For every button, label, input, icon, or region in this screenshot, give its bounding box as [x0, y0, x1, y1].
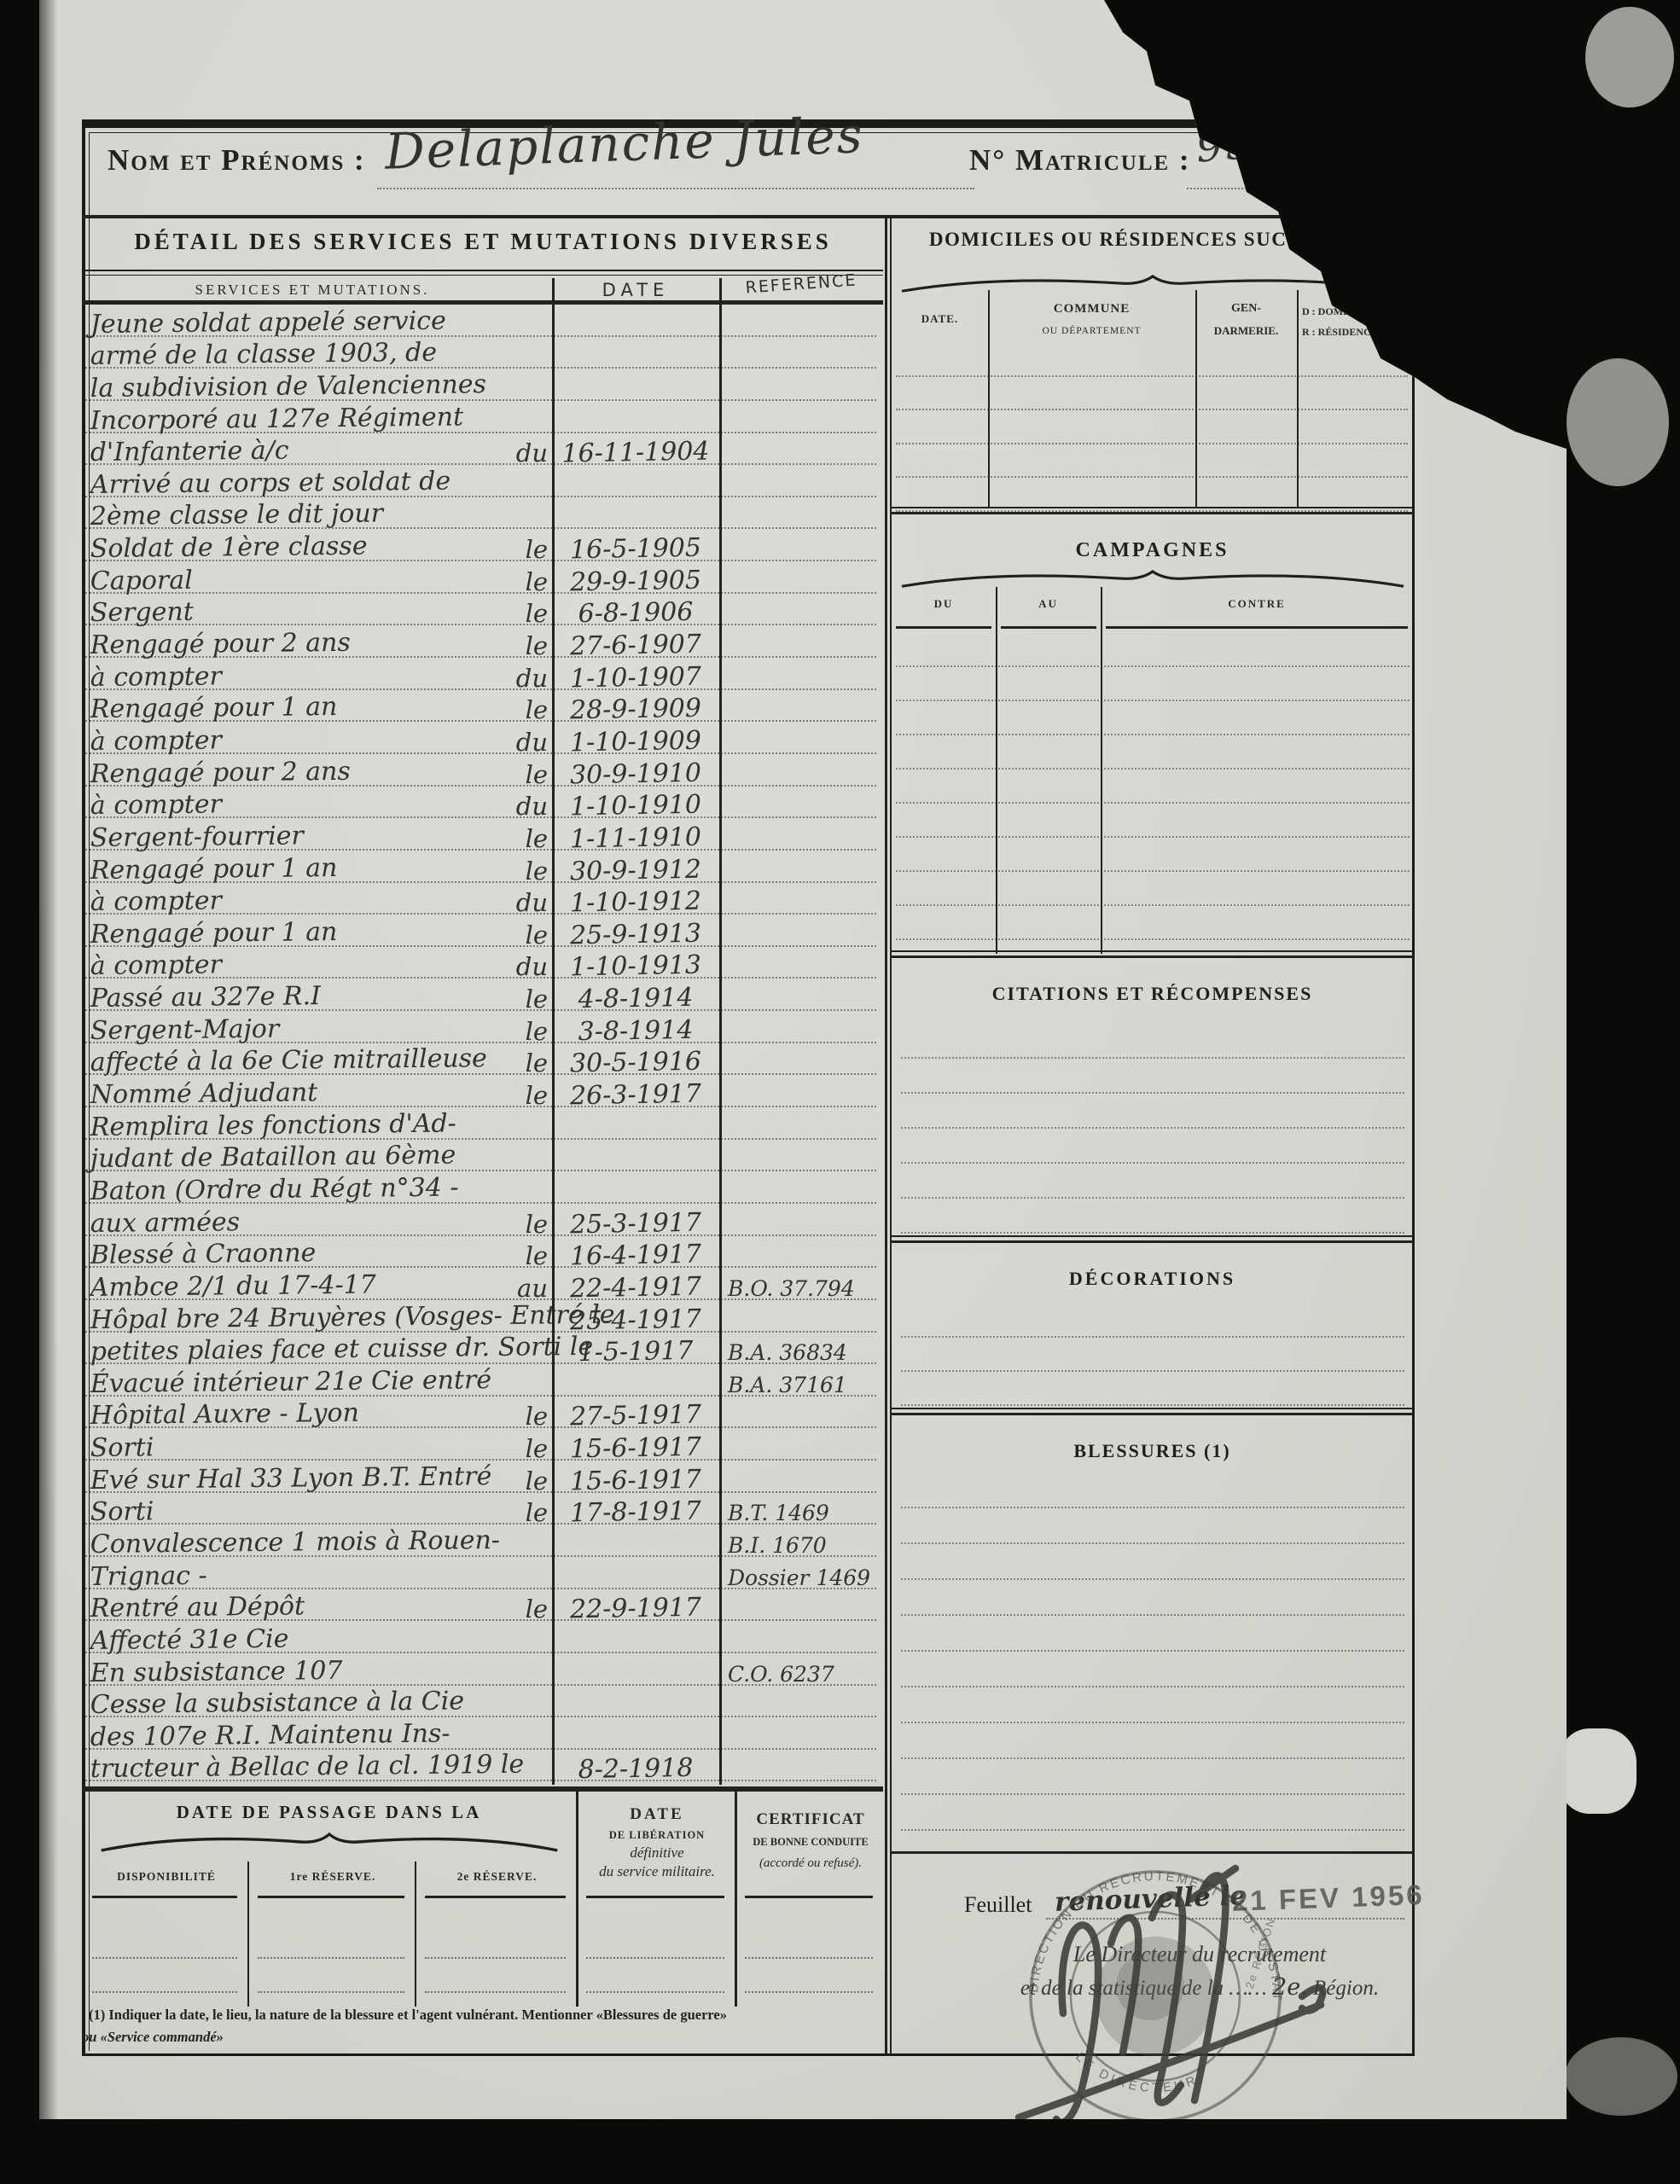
service-row: aux arméesle25-3-1917 — [82, 1206, 883, 1239]
passage-head-rule — [745, 1896, 873, 1898]
service-row-txt: judant de Bataillon au 6ème — [90, 1141, 456, 1174]
services-col-header: SERVICES ET MUTATIONS. — [90, 282, 534, 299]
service-row-ref: B.T. 1469 — [728, 1501, 829, 1525]
name-label: Nom et Prénoms : — [108, 143, 366, 177]
service-row-date: 1-10-1909 — [552, 725, 720, 758]
service-row: petites plaies face et cuisse dr. Sorti … — [82, 1335, 883, 1368]
service-row-txt: 2ème classe le dit jour — [90, 499, 384, 532]
empty-dotted-row — [901, 1059, 1404, 1094]
service-row: Évacué intérieur 21e Cie entréB.A. 37161 — [82, 1367, 883, 1399]
service-row-prep: le — [507, 1241, 548, 1270]
service-row: à compterdu1-10-1910 — [82, 789, 883, 822]
service-row-date: 25-9-1913 — [552, 918, 720, 950]
service-row-txt: d'Infanterie à/c — [90, 436, 289, 468]
campagnes-head-rule — [1106, 626, 1408, 629]
center-divider — [885, 218, 887, 2056]
scanned-military-record: { "header": { "name_label": "Nom et Prén… — [0, 0, 1680, 2184]
passage-empty-line — [258, 1957, 404, 1959]
empty-dotted-row — [901, 1544, 1404, 1580]
domiciles-empty-rows — [896, 343, 1408, 512]
service-row-prep: le — [507, 1594, 548, 1623]
name-underline — [377, 188, 974, 189]
service-row-prep: du — [507, 888, 548, 917]
empty-dotted-row — [901, 1372, 1404, 1406]
passage-empty-line — [586, 1991, 724, 1993]
service-row: Hôpal bre 24 Bruyères (Vosges- Entré le2… — [82, 1303, 883, 1335]
margin-paper-patch — [1565, 2037, 1677, 2116]
citations-empty-rows — [901, 1024, 1404, 1234]
passage-title: DATE DE PASSAGE DANS LA — [82, 1802, 576, 1823]
empty-dotted-row — [896, 633, 1410, 667]
services-rule-top2 — [82, 275, 883, 276]
liberation-head-1: DATE — [579, 1805, 735, 1824]
service-row-prep: le — [507, 567, 548, 596]
service-row-ref: B.I. 1670 — [728, 1533, 827, 1558]
service-row-ref: B.O. 37.794 — [728, 1276, 855, 1301]
service-row-date: 30-9-1912 — [552, 854, 720, 886]
services-bottom-rule — [82, 1786, 883, 1792]
service-row-prep: le — [507, 1467, 548, 1496]
margin-paper-notch — [1558, 1728, 1636, 1814]
col-disponibilite: DISPONIBILITÉ — [85, 1870, 247, 1884]
empty-dotted-row — [901, 1338, 1404, 1372]
service-row-txt: Baton (Ordre du Régt n°34 - — [90, 1172, 459, 1206]
service-row-date: 25-3-1917 — [552, 1207, 720, 1240]
passage-empty-line — [586, 1957, 724, 1959]
service-row: tructeur à Bellac de la cl. 1919 le8-2-1… — [82, 1752, 883, 1785]
service-row-txt: Rengagé pour 1 an — [90, 917, 338, 950]
service-row: Cesse la subsistance à la Cie — [82, 1688, 883, 1721]
domiciles-col-gendarmerie-1: GEN- — [1195, 302, 1297, 316]
service-row-txt: Hôpital Auxre - Lyon — [90, 1398, 359, 1431]
service-row-txt: Remplira les fonctions d'Ad- — [90, 1108, 456, 1141]
campagnes-brace — [899, 570, 1406, 589]
passage-brace — [99, 1833, 560, 1853]
service-row: à compterdu1-10-1909 — [82, 724, 883, 757]
service-row-date: 30-5-1916 — [552, 1047, 720, 1079]
passage-empty-line — [745, 1991, 873, 1993]
service-row-txt: Nommé Adjudant — [90, 1077, 318, 1110]
service-row-txt: à compter — [90, 725, 222, 757]
service-row: Blessé à Craonnele16-4-1917 — [82, 1239, 883, 1271]
service-row: Sergent-fourrierle1-11-1910 — [82, 821, 883, 853]
service-row-prep: le — [507, 1402, 548, 1431]
service-row-txt: Sergent — [90, 597, 194, 628]
service-row: à compterdu1-10-1907 — [82, 660, 883, 693]
service-row-date: 28-9-1909 — [552, 694, 720, 726]
service-row-date: 22-9-1917 — [552, 1593, 720, 1625]
empty-dotted-row — [896, 906, 1410, 940]
service-row-prep: le — [507, 599, 548, 628]
passage-empty-line — [92, 1991, 237, 1993]
service-row: à compterdu1-10-1912 — [82, 886, 883, 918]
empty-dotted-row — [896, 804, 1410, 838]
service-row-ref: Dossier 1469 — [728, 1565, 870, 1590]
service-row: armé de la classe 1903, de — [82, 340, 883, 372]
campagnes-col-du: DU — [892, 597, 996, 611]
service-row: à compterdu1-10-1913 — [82, 950, 883, 982]
service-row-txt: Sorti — [90, 1497, 154, 1528]
service-row-txt: Trignac - — [90, 1560, 207, 1591]
service-row: Rengagé pour 2 ansle27-6-1907 — [82, 628, 883, 660]
footnote-line1: (1) Indiquer la date, le lieu, la nature… — [89, 2007, 891, 2024]
service-row: Rengagé pour 2 ansle30-9-1910 — [82, 757, 883, 789]
citations-title: CITATIONS ET RÉCOMPENSES — [892, 983, 1413, 1005]
service-row-date: 27-5-1917 — [552, 1400, 720, 1432]
service-row-prep: le — [507, 631, 548, 660]
domiciles-col-dr-2: R : RÉSIDENCE — [1302, 326, 1413, 339]
domiciles-col-commune: COMMUNE — [988, 302, 1195, 317]
service-row-prep: le — [507, 857, 548, 886]
passage-divider — [247, 1862, 249, 2007]
service-row-txt: Convalescence 1 mois à Rouen- — [90, 1525, 500, 1560]
campagnes-head-rule — [896, 626, 991, 629]
service-row: Rengagé pour 1 anle30-9-1912 — [82, 853, 883, 886]
blessures-title: BLESSURES (1) — [892, 1440, 1413, 1462]
service-row-prep: le — [507, 985, 548, 1014]
decorations-bottom-rule2 — [892, 1413, 1413, 1415]
services-title: DÉTAIL DES SERVICES ET MUTATIONS DIVERSE… — [82, 229, 884, 255]
service-row-txt: Affecté 31e Cie — [90, 1623, 289, 1655]
service-row-txt: Arrivé au corps et soldat de — [90, 466, 451, 499]
service-row-txt: Blessé à Craonne — [90, 1238, 317, 1270]
center-divider-inner — [890, 218, 892, 2056]
passage-head-rule — [92, 1896, 237, 1898]
services-date-divider — [552, 278, 555, 1785]
service-row: Passé au 327e R.Ile4-8-1914 — [82, 981, 883, 1014]
service-row: Sortile17-8-1917B.T. 1469 — [82, 1496, 883, 1528]
service-row: Hôpital Auxre - Lyonle27-5-1917 — [82, 1399, 883, 1432]
service-row-prep: le — [507, 1498, 548, 1527]
service-row: Trignac -Dossier 1469 — [82, 1560, 883, 1592]
empty-dotted-row — [901, 1687, 1404, 1723]
service-row-txt: tructeur à Bellac de la cl. 1919 le — [90, 1750, 525, 1784]
domiciles-title: DOMICILES OU RÉSIDENCES SUCCESSIFS — [892, 229, 1413, 251]
service-row-prep: le — [507, 1434, 548, 1463]
service-row-txt: Jeune soldat appelé service — [90, 305, 446, 339]
service-row-txt: la subdivision de Valenciennes — [90, 369, 486, 404]
service-row-txt: En subsistance 107 — [90, 1655, 343, 1687]
service-row-prep: le — [507, 921, 548, 950]
service-row: Caporalle29-9-1905 — [82, 564, 883, 596]
service-row-txt: Rengagé pour 1 an — [90, 692, 338, 724]
service-row: Sergentle6-8-1906 — [82, 596, 883, 629]
empty-dotted-row — [896, 735, 1410, 770]
service-row-txt: Sergent-fourrier — [90, 821, 304, 853]
service-row-txt: Cesse la subsistance à la Cie — [90, 1687, 465, 1721]
service-row-txt: Rengagé pour 1 an — [90, 853, 338, 886]
liberation-head-3: définitive — [579, 1844, 735, 1862]
service-row: affecté à la 6e Cie mitrailleusele30-5-1… — [82, 1046, 883, 1078]
matricule-value: 933 — [1195, 118, 1286, 171]
service-row-txt: Soldat de 1ère classe — [90, 531, 368, 564]
passage-head-rule — [258, 1896, 404, 1898]
empty-dotted-row — [896, 410, 1408, 444]
domiciles-bottom-rule — [892, 507, 1413, 508]
service-row-date: 1-10-1913 — [552, 950, 720, 983]
service-row: En subsistance 107C.O. 6237 — [82, 1656, 883, 1688]
liberation-head-4: du service militaire. — [579, 1863, 735, 1880]
empty-dotted-row — [896, 343, 1408, 377]
campagnes-bottom-rule — [892, 950, 1413, 952]
service-row-ref: C.O. 6237 — [728, 1662, 834, 1687]
service-row-prep: du — [507, 728, 548, 757]
service-row-prep: au — [507, 1274, 548, 1303]
passage-divider — [735, 1792, 737, 2007]
service-row-prep: le — [507, 1017, 548, 1046]
service-row-date: 4-8-1914 — [552, 982, 720, 1014]
services-rows: Jeune soldat appelé servicearmé de la cl… — [82, 307, 883, 1786]
campagnes-col-contre: CONTRE — [1101, 597, 1413, 611]
service-row-prep: du — [507, 792, 548, 821]
service-row-date: 30-9-1910 — [552, 758, 720, 790]
service-row: Ambce 2/1 du 17-4-17au22-4-1917B.O. 37.7… — [82, 1270, 883, 1303]
service-row-txt: Incorporé au 127e Régiment — [90, 402, 464, 436]
empty-dotted-row — [896, 444, 1408, 479]
passage-divider — [415, 1862, 416, 2007]
empty-dotted-row — [896, 838, 1410, 872]
service-row-txt: à compter — [90, 790, 222, 822]
service-row-date: 8-2-1918 — [552, 1753, 720, 1786]
empty-dotted-row — [901, 1508, 1404, 1544]
service-row: Evé sur Hal 33 Lyon B.T. Entréle15-6-191… — [82, 1463, 883, 1496]
service-row-txt: Rengagé pour 2 ans — [90, 756, 351, 788]
service-row-txt: Evé sur Hal 33 Lyon B.T. Entré — [90, 1461, 492, 1496]
domiciles-col-commune-sub: OU DÉPARTEMENT — [988, 326, 1195, 336]
empty-dotted-row — [901, 1616, 1404, 1652]
date-reference-divider — [719, 278, 722, 1785]
service-row: judant de Bataillon au 6ème — [82, 1142, 883, 1175]
campagnes-bottom-rule2 — [892, 955, 1413, 958]
margin-paper-patch — [1585, 7, 1674, 107]
service-row-txt: Évacué intérieur 21e Cie entré — [90, 1365, 492, 1399]
passage-empty-line — [92, 1957, 237, 1959]
service-row-prep: du — [507, 952, 548, 981]
service-row: Affecté 31e Cie — [82, 1623, 883, 1656]
certificat-head-1: CERTIFICAT — [738, 1810, 883, 1829]
service-row: Nommé Adjudantle26-3-1917 — [82, 1077, 883, 1110]
empty-dotted-row — [896, 667, 1410, 701]
service-row: Rengagé pour 1 anle28-9-1909 — [82, 693, 883, 725]
empty-dotted-row — [901, 1759, 1404, 1795]
service-row: Baton (Ordre du Régt n°34 - — [82, 1174, 883, 1206]
header-rule — [82, 215, 1415, 218]
service-row-prep: le — [507, 824, 548, 853]
empty-dotted-row — [901, 1795, 1404, 1831]
paper-sheet: Nom et Prénoms : Delaplanche Jules N° Ma… — [39, 0, 1567, 2119]
service-row-txt: Caporal — [90, 566, 193, 596]
empty-dotted-row — [896, 701, 1410, 735]
service-row-date: 1-5-1917 — [552, 1335, 720, 1368]
service-row-ref: B.A. 36834 — [728, 1340, 847, 1365]
decorations-bottom-rule — [892, 1408, 1413, 1409]
service-row-txt: petites plaies face et cuisse dr. Sorti … — [90, 1332, 594, 1367]
book-gutter-shadow — [39, 0, 58, 2119]
service-row: Arrivé au corps et soldat de — [82, 468, 883, 500]
service-row-date: 1-11-1910 — [552, 822, 720, 854]
service-row-prep: le — [507, 695, 548, 724]
service-row-txt: à compter — [90, 950, 222, 982]
col-reserve2: 2e RÉSERVE. — [418, 1870, 576, 1884]
empty-dotted-row — [901, 1199, 1404, 1234]
empty-dotted-row — [896, 377, 1408, 411]
service-row-txt: Passé au 327e R.I — [90, 981, 321, 1014]
services-head-rule — [82, 300, 883, 305]
footnote-line2: ou «Service commandé» — [82, 2029, 423, 2046]
empty-dotted-row — [896, 770, 1410, 804]
service-row-prep: du — [507, 664, 548, 693]
passage-empty-line — [745, 1957, 873, 1959]
service-row-ref: B.A. 37161 — [728, 1373, 847, 1397]
matricule-label: N° Matricule : — [969, 143, 1191, 177]
service-row-date: 1-10-1910 — [552, 790, 720, 822]
service-row-txt: Ambce 2/1 du 17-4-17 — [90, 1269, 376, 1303]
empty-dotted-row — [901, 1094, 1404, 1129]
service-row-date: 17-8-1917 — [552, 1496, 720, 1529]
campagnes-empty-rows — [896, 633, 1410, 940]
service-row-txt: Rengagé pour 2 ans — [90, 628, 351, 660]
empty-dotted-row — [896, 872, 1410, 906]
service-row-date: 3-8-1914 — [552, 1014, 720, 1047]
campagnes-col-au: AU — [996, 597, 1101, 611]
service-row-date: 6-8-1906 — [552, 597, 720, 630]
service-row: Sortile15-6-1917 — [82, 1431, 883, 1463]
director-stamp: DIRECTION DU RECRUTEMENT ET DE LA STATIS… — [935, 1834, 1447, 2119]
empty-dotted-row — [901, 1652, 1404, 1687]
service-row-date: 15-6-1917 — [552, 1464, 720, 1496]
passage-divider — [576, 1792, 578, 2007]
service-row-txt: à compter — [90, 886, 222, 918]
service-row-prep: le — [507, 1081, 548, 1110]
service-row-date: 27-6-1907 — [552, 629, 720, 661]
passage-head-rule — [425, 1896, 566, 1898]
service-row-txt: armé de la classe 1903, de — [90, 338, 438, 371]
campagnes-title: CAMPAGNES — [892, 539, 1413, 562]
domiciles-col-dr-1: D : DOMICILE — [1302, 305, 1413, 318]
domiciles-bottom-rule2 — [892, 512, 1413, 514]
service-row-txt: affecté à la 6e Cie mitrailleuse — [90, 1044, 487, 1078]
service-row-date: 16-5-1905 — [552, 532, 720, 565]
matricule-underline — [1187, 188, 1383, 189]
margin-paper-patch — [1567, 358, 1669, 486]
service-row: la subdivision de Valenciennes — [82, 371, 883, 404]
passage-head-rule — [586, 1896, 724, 1898]
col-reserve1: 1re RÉSERVE. — [251, 1870, 415, 1884]
passage-empty-line — [425, 1991, 566, 1993]
service-row: Jeune soldat appelé service — [82, 307, 883, 340]
domiciles-col-date: DATE. — [892, 312, 988, 326]
service-row: d'Infanterie à/cdu16-11-1904 — [82, 436, 883, 468]
empty-dotted-row — [901, 1472, 1404, 1508]
service-row: Convalescence 1 mois à Rouen-B.I. 1670 — [82, 1527, 883, 1560]
campagnes-head-rule — [1001, 626, 1096, 629]
citations-bottom-rule2 — [892, 1240, 1413, 1243]
service-row-date: 16-4-1917 — [552, 1240, 720, 1272]
passage-empty-line — [258, 1991, 404, 1993]
domiciles-brace — [899, 275, 1406, 293]
service-row: Rengagé pour 1 anle25-9-1913 — [82, 917, 883, 950]
service-row-txt: des 107e R.I. Maintenu Ins- — [90, 1718, 451, 1751]
service-row-prep: le — [507, 1048, 548, 1077]
citations-bottom-rule — [892, 1235, 1413, 1237]
service-row: Remplira les fonctions d'Ad- — [82, 1110, 883, 1142]
service-row-date: 16-11-1904 — [552, 436, 720, 468]
service-row-txt: Sorti — [90, 1432, 154, 1463]
blessures-empty-rows — [901, 1472, 1404, 1831]
service-row-date: 1-10-1907 — [552, 661, 720, 694]
service-row: 2ème classe le dit jour — [82, 500, 883, 532]
service-row: Rentré au Dépôtle22-9-1917 — [82, 1592, 883, 1624]
service-row-txt: Hôpal bre 24 Bruyères (Vosges- Entré le — [90, 1299, 615, 1334]
service-row: Soldat de 1ère classele16-5-1905 — [82, 531, 883, 564]
service-row: Incorporé au 127e Régiment — [82, 404, 883, 436]
empty-dotted-row — [901, 1024, 1404, 1059]
passage-empty-line — [425, 1957, 566, 1959]
services-rule-top — [82, 270, 883, 271]
domiciles-col-gendarmerie-2: DARMERIE. — [1195, 324, 1297, 338]
decorations-title: DÉCORATIONS — [892, 1268, 1413, 1290]
service-row-prep: le — [507, 535, 548, 564]
empty-dotted-row — [901, 1164, 1404, 1199]
service-row-prep: le — [507, 1210, 548, 1239]
service-row: des 107e R.I. Maintenu Ins- — [82, 1720, 883, 1752]
date-col-header: DATE — [552, 280, 719, 300]
service-row-txt: Rentré au Dépôt — [90, 1592, 305, 1624]
certificat-head-3: (accordé ou refusé). — [738, 1856, 883, 1871]
service-row-date: 29-9-1905 — [552, 565, 720, 597]
service-row-prep: du — [507, 439, 548, 468]
service-row-txt: à compter — [90, 661, 222, 693]
certificat-head-2: DE BONNE CONDUITE — [738, 1836, 883, 1849]
liberation-head-2: DE LIBÉRATION — [579, 1829, 735, 1842]
service-row: Sergent-Majorle3-8-1914 — [82, 1014, 883, 1046]
service-row-date: 22-4-1917 — [552, 1271, 720, 1304]
service-row-prep: le — [507, 760, 548, 789]
empty-dotted-row — [901, 1129, 1404, 1164]
service-row-date: 15-6-1917 — [552, 1432, 720, 1464]
decorations-empty-rows — [901, 1304, 1404, 1406]
empty-dotted-row — [901, 1723, 1404, 1759]
service-row-txt: aux armées — [90, 1207, 241, 1239]
empty-dotted-row — [901, 1304, 1404, 1338]
service-row-txt: Sergent-Major — [90, 1014, 280, 1045]
service-row-date: 1-10-1912 — [552, 886, 720, 918]
empty-dotted-row — [901, 1580, 1404, 1616]
service-row-date: 26-3-1917 — [552, 1078, 720, 1111]
